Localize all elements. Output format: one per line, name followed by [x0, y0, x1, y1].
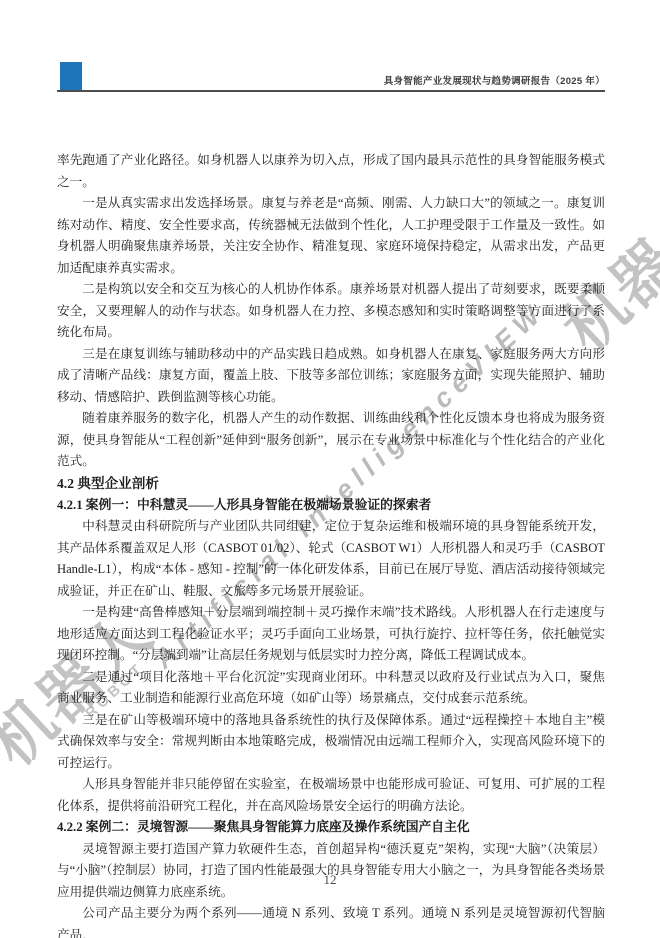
paragraph: 二是通过“项目化落地＋平台化沉淀”实现商业闭环。中科慧灵以政府及行业试点为入口，…	[57, 667, 605, 710]
paragraph: 人形具身智能并非只能停留在实验室，在极端场景中也能形成可验证、可复用、可扩展的工…	[57, 774, 605, 817]
section-heading-4-2: 4.2 典型企业剖析	[57, 473, 605, 495]
report-title: 具身智能产业发展现状与趋势调研报告（2025 年）	[384, 73, 605, 87]
paragraph: 一是从真实需求出发选择场景。康复与养老是“高频、刚需、人力缺口大”的领域之一。康…	[57, 193, 605, 279]
paragraph: 灵境智源主要打造国产算力软硬件生态，首创超异构“德沃夏克”架构，实现“大脑”（决…	[57, 839, 605, 904]
header-divider	[57, 90, 605, 92]
subsection-heading-4-2-1: 4.2.1 案例一：中科慧灵——人形具身智能在极端场景验证的探索者	[57, 495, 605, 517]
paragraph: 一是构建“高鲁棒感知＋分层端到端控制＋灵巧操作末端”技术路线。人形机器人在行走速…	[57, 602, 605, 667]
report-page: 机器人 ROBOT 机器人 Artificial IntelligenceVIE…	[0, 0, 660, 938]
paragraph-continued: 率先跑通了产业化路径。如身机器人以康养为切入点，形成了国内最具示范性的具身智能服…	[57, 150, 605, 193]
header-accent-block	[60, 62, 82, 90]
paragraph: 三是在矿山等极端环境中的落地具备系统性的执行及保障体系。通过“远程操控＋本地自主…	[57, 710, 605, 775]
page-header: 具身智能产业发展现状与趋势调研报告（2025 年）	[57, 62, 605, 90]
body-text: 率先跑通了产业化路径。如身机器人以康养为切入点，形成了国内最具示范性的具身智能服…	[57, 150, 605, 938]
subsection-heading-4-2-2: 4.2.2 案例二：灵境智源——聚焦具身智能算力底座及操作系统国产自主化	[57, 817, 605, 839]
paragraph: 三是在康复训练与辅助移动中的产品实践日趋成熟。如身机器人在康复、家庭服务两大方向…	[57, 344, 605, 409]
paragraph: 公司产品主要分为两个系列——通境 N 系列、致境 T 系列。通境 N 系列是灵境…	[57, 903, 605, 938]
page-number: 12	[0, 872, 660, 888]
paragraph: 中科慧灵由科研院所与产业团队共同组建，定位于复杂运维和极端环境的具身智能系统开发…	[57, 516, 605, 602]
paragraph: 二是构筑以安全和交互为核心的人机协作体系。康养场景对机器人提出了苛刻要求，既要柔…	[57, 279, 605, 344]
paragraph: 随着康养服务的数字化，机器人产生的动作数据、训练曲线和个性化反馈本身也将成为服务…	[57, 408, 605, 473]
